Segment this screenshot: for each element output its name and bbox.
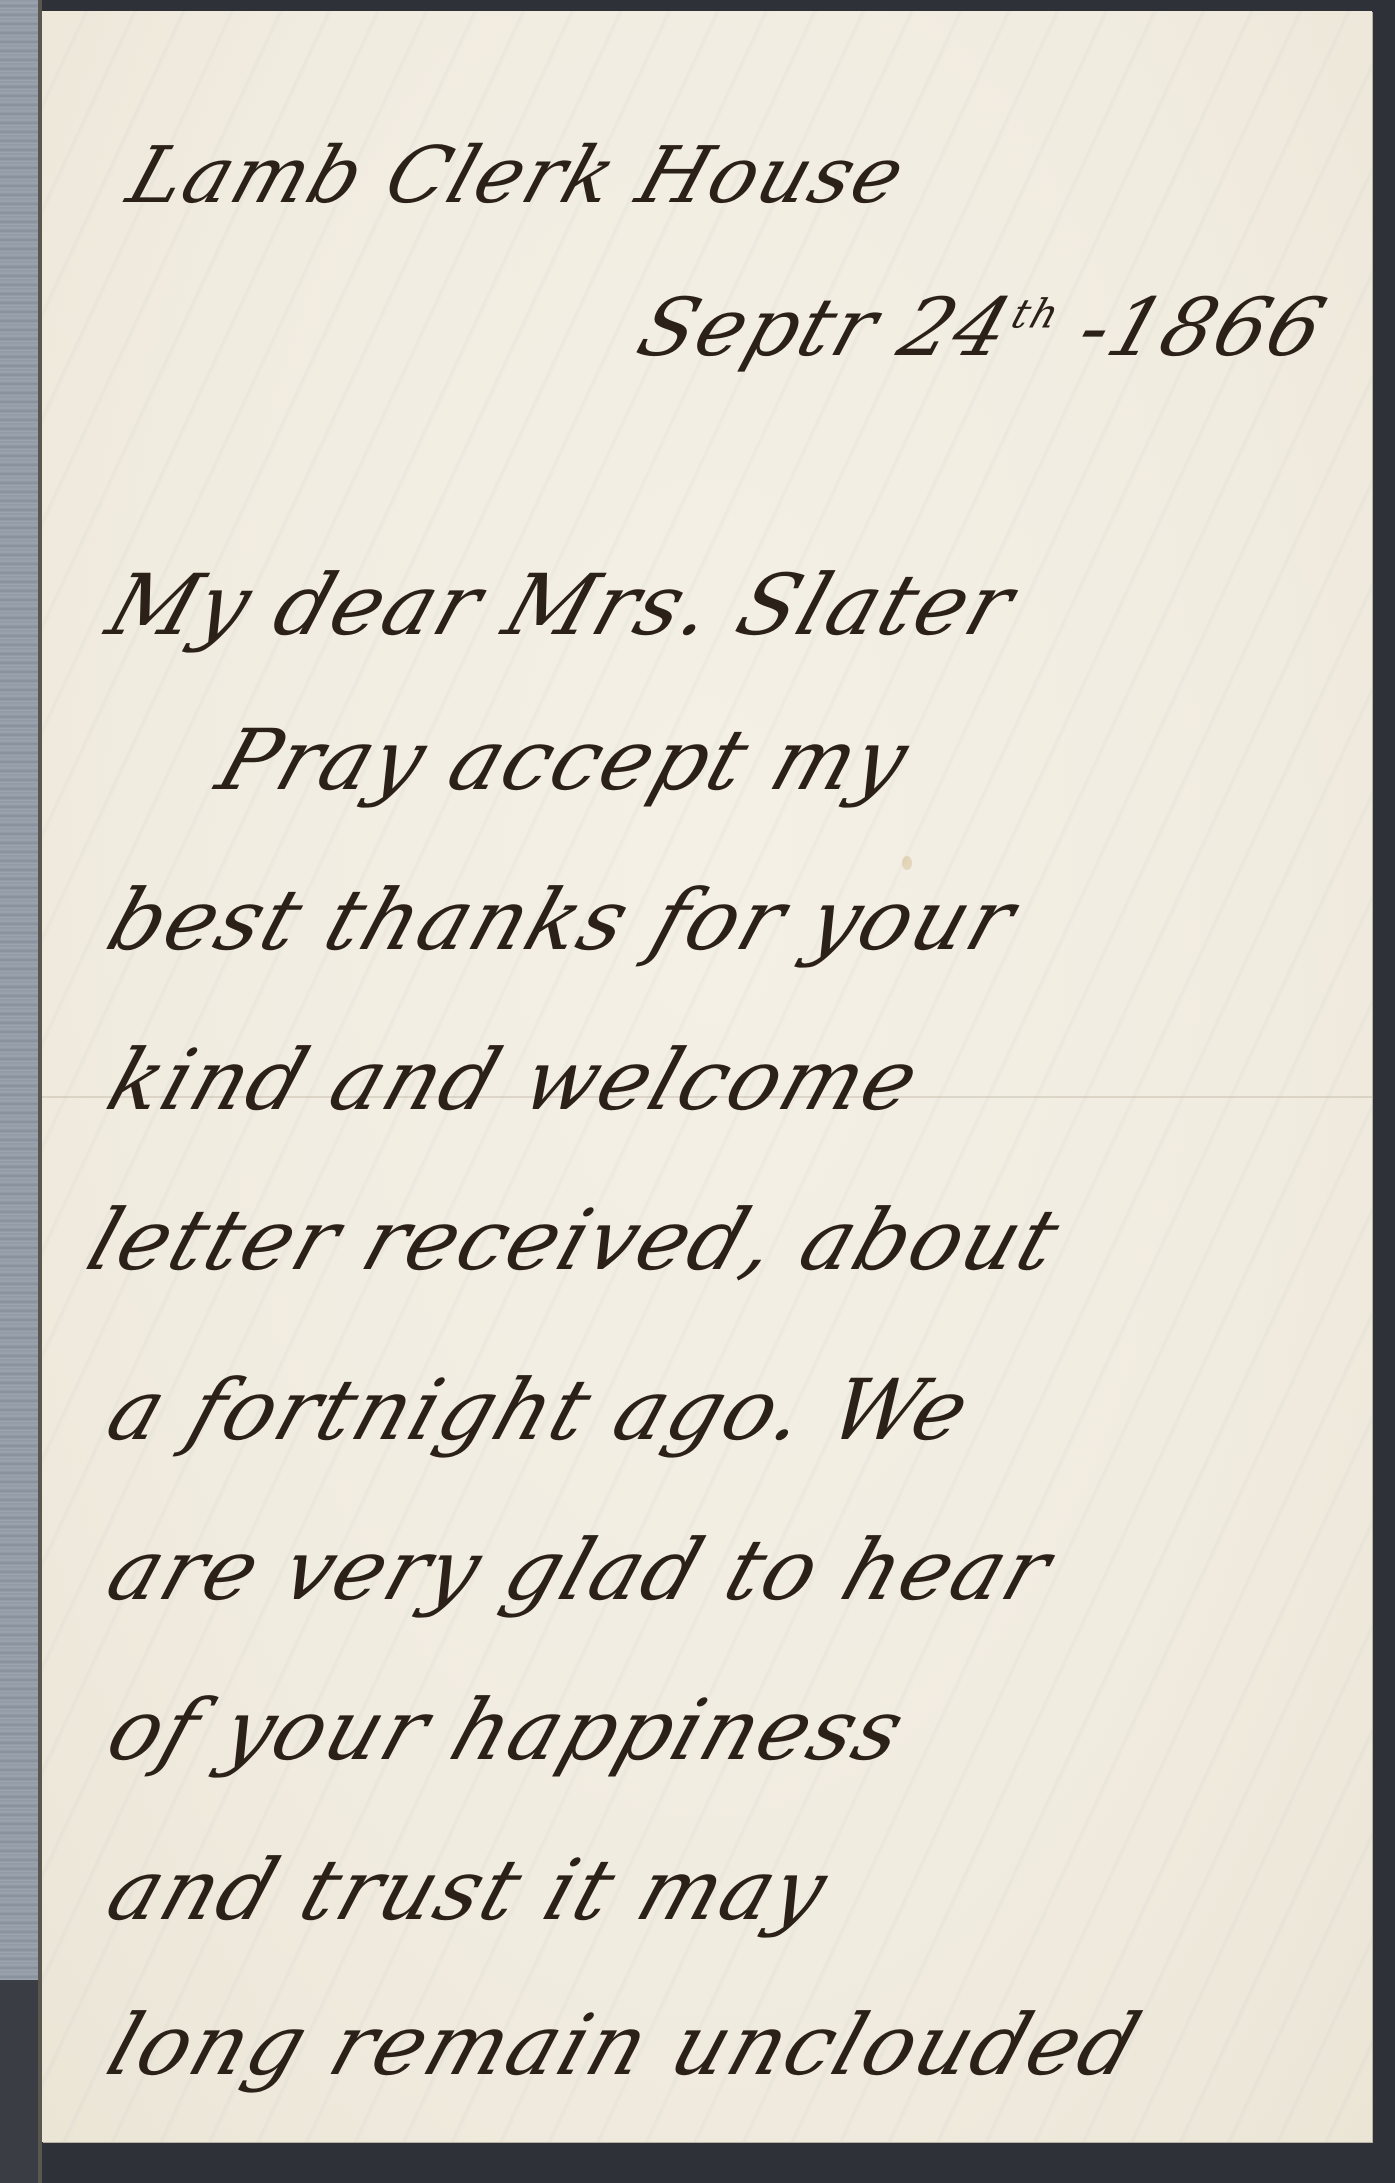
body-line: best thanks for your: [96, 871, 1028, 969]
body-line: a fortnight ago. We: [96, 1361, 983, 1459]
body-line: Pray accept my: [206, 711, 922, 809]
date-month: Septr: [627, 281, 891, 374]
binding-strip: [0, 0, 42, 2183]
body-line: kind and welcome: [96, 1031, 932, 1129]
salutation: My dear Mrs. Slater: [96, 556, 1027, 654]
letter-page: Lamb Clerk House Septr 24th -1866 My dea…: [42, 11, 1372, 2142]
sender-address: Lamb Clerk House: [117, 131, 917, 221]
date-day: 24: [888, 281, 1024, 374]
letter-date: Septr 24th -1866: [627, 281, 1338, 374]
body-line: letter received, about: [76, 1191, 1073, 1289]
body-line: long remain unclouded: [96, 1996, 1153, 2094]
body-line: are very glad to hear: [96, 1521, 1064, 1619]
date-year: 1866: [1096, 281, 1338, 374]
foxing-spot: [902, 856, 912, 870]
body-line: of your happiness: [96, 1681, 918, 1779]
body-line: and trust it may: [96, 1841, 841, 1939]
